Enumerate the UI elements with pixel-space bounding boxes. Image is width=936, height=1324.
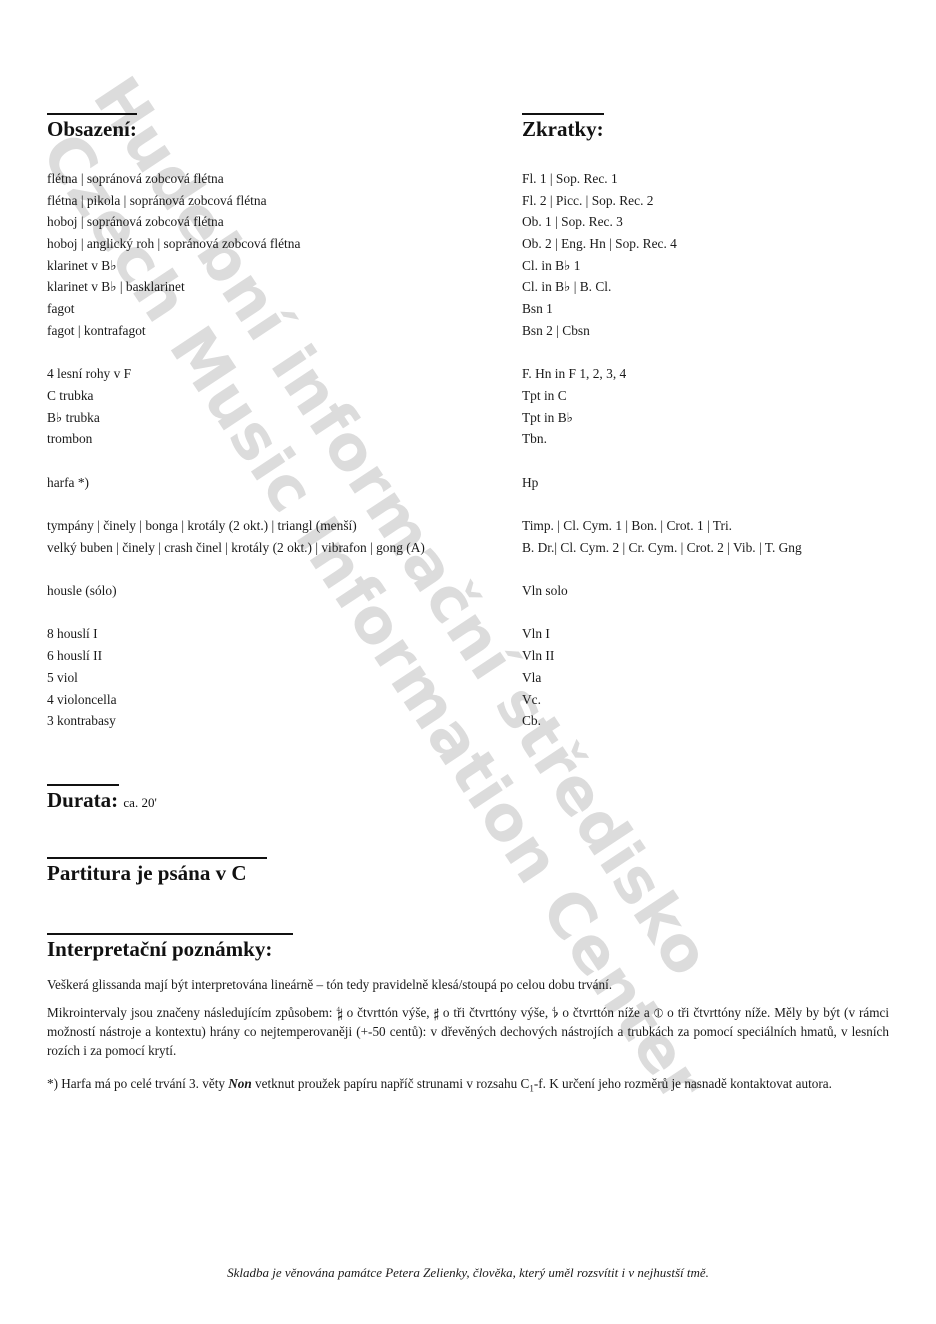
abbreviation-item: B. Dr.| Cl. Cym. 2 | Cr. Cym. | Crot. 2 … xyxy=(522,537,802,559)
group-spacer xyxy=(522,493,802,515)
abbreviation-item: Tpt in C xyxy=(522,385,802,407)
heading-rule xyxy=(47,113,137,115)
harp-note-prefix: *) Harfa má po celé trvání 3. věty xyxy=(47,1076,225,1091)
performance-notes-heading-text: Interpretační poznámky: xyxy=(47,937,272,961)
instrumentation-list: flétna | sopránová zobcová flétnaflétna … xyxy=(47,168,425,732)
harp-note-suffix: -f. K určení jeho rozměrů je nasnadě kon… xyxy=(534,1076,832,1091)
instrument-item: harfa *) xyxy=(47,472,425,494)
instrument-item: hoboj | anglický roh | sopránová zobcová… xyxy=(47,233,425,255)
instrument-item: tympány | činely | bonga | krotály (2 ok… xyxy=(47,515,425,537)
instrument-item: 4 violoncella xyxy=(47,689,425,711)
microinterval-description: o čtvrttón níže a xyxy=(562,1005,649,1020)
abbreviation-item: Fl. 2 | Picc. | Sop. Rec. 2 xyxy=(522,190,802,212)
harp-note-middle: vetknut proužek papíru napříč strunami v… xyxy=(255,1076,529,1091)
instrument-item: B♭ trubka xyxy=(47,407,425,429)
performance-notes-body: Veškerá glissanda mají být interpretován… xyxy=(47,976,889,1098)
performance-notes-heading: Interpretační poznámky: xyxy=(47,937,272,962)
three-quarter-flat-icon: ⦶ xyxy=(654,1006,663,1021)
abbreviation-item: Vln solo xyxy=(522,580,802,602)
abbreviation-item: Tpt in B♭ xyxy=(522,407,802,429)
microinterval-intro: Mikrointervaly jsou značeny následujícím… xyxy=(47,1005,332,1020)
group-spacer xyxy=(47,493,425,515)
abbreviation-item: Cb. xyxy=(522,710,802,732)
instrument-item: 4 lesní rohy v F xyxy=(47,363,425,385)
group-spacer xyxy=(522,602,802,624)
heading-rule xyxy=(522,113,604,115)
instrument-item: fagot | kontrafagot xyxy=(47,320,425,342)
duration-label: Durata: xyxy=(47,788,118,812)
instrument-item: fagot xyxy=(47,298,425,320)
instrument-item: hoboj | sopránová zobcová flétna xyxy=(47,211,425,233)
duration-heading: Durata: ca. 20' xyxy=(47,788,157,813)
abbreviations-heading: Zkratky: xyxy=(522,117,604,142)
abbreviation-item: Vln I xyxy=(522,623,802,645)
instrumentation-heading: Obsazení: xyxy=(47,117,137,142)
instrument-item: C trubka xyxy=(47,385,425,407)
page: Hudební informační středisko Czech Music… xyxy=(0,0,936,1324)
abbreviation-item: Vc. xyxy=(522,689,802,711)
microinterval-description: o tři čtvrttóny níže. xyxy=(667,1005,770,1020)
instrument-item: klarinet v B♭ | basklarinet xyxy=(47,276,425,298)
group-spacer xyxy=(522,342,802,364)
heading-rule xyxy=(47,857,267,859)
glissando-note: Veškerá glissanda mají být interpretován… xyxy=(47,976,889,995)
microinterval-symbols: 𝄲 o čtvrttón výše, 𝄰 o tři čtvrttóny výš… xyxy=(336,1005,770,1020)
quarter-sharp-icon: 𝄲 xyxy=(336,1006,342,1021)
heading-rule xyxy=(47,784,119,786)
dedication: Skladba je věnována památce Petera Zelie… xyxy=(0,1265,936,1281)
instrument-item: klarinet v B♭ xyxy=(47,255,425,277)
abbreviation-item: Hp xyxy=(522,472,802,494)
abbreviation-item: Cl. in B♭ | B. Cl. xyxy=(522,276,802,298)
group-spacer xyxy=(522,450,802,472)
group-spacer xyxy=(522,558,802,580)
instrumentation-heading-text: Obsazení: xyxy=(47,117,137,141)
group-spacer xyxy=(47,558,425,580)
quarter-flat-icon: 𝄳 xyxy=(552,1006,558,1021)
movement-title: Non xyxy=(228,1076,251,1091)
instrument-item: 6 houslí II xyxy=(47,645,425,667)
instrument-item: velký buben | činely | crash činel | kro… xyxy=(47,537,425,559)
abbreviations-list: Fl. 1 | Sop. Rec. 1Fl. 2 | Picc. | Sop. … xyxy=(522,168,802,732)
abbreviation-item: Timp. | Cl. Cym. 1 | Bon. | Crot. 1 | Tr… xyxy=(522,515,802,537)
instrument-item: 5 viol xyxy=(47,667,425,689)
abbreviation-item: Tbn. xyxy=(522,428,802,450)
abbreviation-item: Bsn 2 | Cbsn xyxy=(522,320,802,342)
abbreviation-item: Ob. 1 | Sop. Rec. 3 xyxy=(522,211,802,233)
score-note-heading: Partitura je psána v C xyxy=(47,861,246,886)
instrument-item: trombon xyxy=(47,428,425,450)
heading-rule xyxy=(47,933,293,935)
three-quarter-sharp-icon: 𝄰 xyxy=(434,1006,439,1021)
abbreviation-item: Ob. 2 | Eng. Hn | Sop. Rec. 4 xyxy=(522,233,802,255)
abbreviations-heading-text: Zkratky: xyxy=(522,117,604,141)
score-note-text: Partitura je psána v C xyxy=(47,861,246,885)
instrument-item: 8 houslí I xyxy=(47,623,425,645)
harp-note: *) Harfa má po celé trvání 3. věty Non v… xyxy=(47,1075,889,1098)
microinterval-note: Mikrointervaly jsou značeny následujícím… xyxy=(47,1004,889,1061)
abbreviation-item: Vln II xyxy=(522,645,802,667)
group-spacer xyxy=(47,602,425,624)
instrument-item: housle (sólo) xyxy=(47,580,425,602)
group-spacer xyxy=(47,342,425,364)
abbreviation-item: Vla xyxy=(522,667,802,689)
microinterval-description: o tři čtvrttóny výše, xyxy=(443,1005,548,1020)
instrument-item: 3 kontrabasy xyxy=(47,710,425,732)
duration-value: ca. 20' xyxy=(123,795,156,810)
abbreviation-item: Fl. 1 | Sop. Rec. 1 xyxy=(522,168,802,190)
instrument-item: flétna | sopránová zobcová flétna xyxy=(47,168,425,190)
abbreviation-item: F. Hn in F 1, 2, 3, 4 xyxy=(522,363,802,385)
abbreviation-item: Bsn 1 xyxy=(522,298,802,320)
microinterval-description: o čtvrttón výše, xyxy=(347,1005,430,1020)
instrument-item: flétna | pikola | sopránová zobcová flét… xyxy=(47,190,425,212)
group-spacer xyxy=(47,450,425,472)
abbreviation-item: Cl. in B♭ 1 xyxy=(522,255,802,277)
